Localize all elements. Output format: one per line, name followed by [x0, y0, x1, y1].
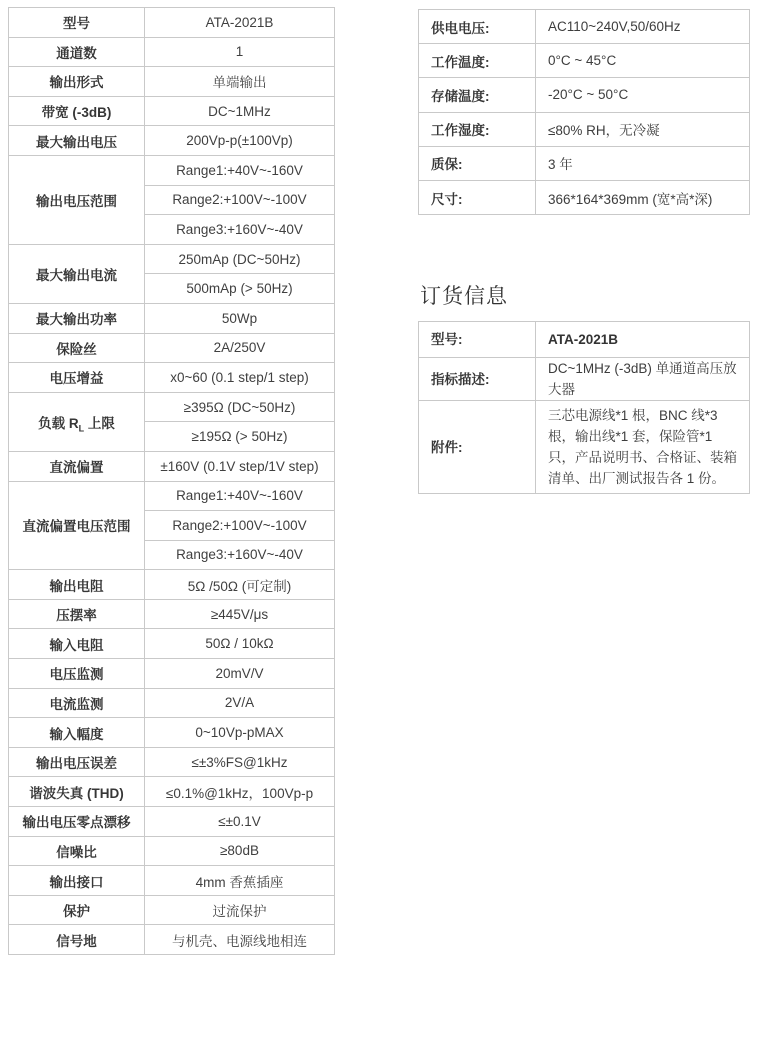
spec-value: 200Vp-p(±100Vp)	[145, 126, 335, 156]
spec-table: 型号 ATA-2021B 通道数 1 输出形式 单端输出 带宽 (-3dB) D…	[8, 7, 335, 955]
spec-label: 输出电压误差	[9, 747, 145, 777]
spec-label: 通道数	[9, 37, 145, 67]
spec-label: 最大输出电流	[9, 244, 145, 303]
table-row: 输出电压范围 Range1:+40V~-160V	[9, 155, 335, 185]
env-label: 存储温度:	[419, 78, 536, 112]
spec-value: Range2:+100V~-100V	[145, 185, 335, 215]
spec-label: 信号地	[9, 925, 145, 955]
spec-label: 最大输出电压	[9, 126, 145, 156]
spec-label: 电压增益	[9, 363, 145, 393]
env-label: 工作湿度:	[419, 112, 536, 146]
table-row: 供电电压: AC110~240V,50/60Hz	[419, 10, 750, 44]
spec-value: ≥395Ω (DC~50Hz)	[145, 392, 335, 422]
env-label: 尺寸:	[419, 180, 536, 214]
table-row: 信号地 与机壳、电源线地相连	[9, 925, 335, 955]
spec-label: 输出电压范围	[9, 155, 145, 244]
spec-value: 2V/A	[145, 688, 335, 718]
table-row: 附件: 三芯电源线*1 根，BNC 线*3 根，输出线*1 套，保险管*1 只，…	[419, 401, 750, 494]
table-row: 保护 过流保护	[9, 895, 335, 925]
spec-value: 2A/250V	[145, 333, 335, 363]
order-info-title: 订货信息	[420, 280, 508, 310]
table-row: 工作湿度: ≤80% RH，无冷凝	[419, 112, 750, 146]
table-row: 最大输出功率 50Wp	[9, 303, 335, 333]
spec-value: Range1:+40V~-160V	[145, 155, 335, 185]
table-row: 型号 ATA-2021B	[9, 8, 335, 38]
table-row: 输入幅度 0~10Vp-pMAX	[9, 718, 335, 748]
table-row: 最大输出电流 250mAp (DC~50Hz)	[9, 244, 335, 274]
order-accessories-value: 三芯电源线*1 根，BNC 线*3 根，输出线*1 套，保险管*1 只，产品说明…	[536, 401, 750, 494]
env-value: 366*164*369mm (宽*高*深)	[536, 180, 750, 214]
spec-label: 保险丝	[9, 333, 145, 363]
spec-value: ≤0.1%@1kHz，100Vp-p	[145, 777, 335, 807]
spec-label: 输出电压零点漂移	[9, 807, 145, 837]
spec-label: 谐波失真 (THD)	[9, 777, 145, 807]
spec-value: ATA-2021B	[145, 8, 335, 38]
spec-label: 输入电阻	[9, 629, 145, 659]
table-row: 输入电阻 50Ω / 10kΩ	[9, 629, 335, 659]
spec-label: 负载 RL 上限	[9, 392, 145, 451]
spec-value: Range3:+160V~-40V	[145, 540, 335, 570]
table-row: 保险丝 2A/250V	[9, 333, 335, 363]
spec-label: 电压监测	[9, 659, 145, 689]
env-label: 工作温度:	[419, 44, 536, 78]
table-row: 信噪比 ≥80dB	[9, 836, 335, 866]
spec-value: ≥80dB	[145, 836, 335, 866]
spec-label: 输出形式	[9, 67, 145, 97]
spec-value: x0~60 (0.1 step/1 step)	[145, 363, 335, 393]
table-row: 直流偏置电压范围 Range1:+40V~-160V	[9, 481, 335, 511]
spec-value: 1	[145, 37, 335, 67]
spec-value: 50Wp	[145, 303, 335, 333]
table-row: 工作温度: 0°C ~ 45°C	[419, 44, 750, 78]
load-label-text-suffix: 上限	[84, 416, 115, 431]
table-row: 输出电阻 5Ω /50Ω (可定制)	[9, 570, 335, 600]
spec-value: 0~10Vp-pMAX	[145, 718, 335, 748]
spec-label: 压摆率	[9, 599, 145, 629]
table-row: 型号: ATA-2021B	[419, 322, 750, 358]
spec-value: ±160V (0.1V step/1V step)	[145, 451, 335, 481]
order-model-value: ATA-2021B	[536, 322, 750, 358]
spec-value: 5Ω /50Ω (可定制)	[145, 570, 335, 600]
env-value: AC110~240V,50/60Hz	[536, 10, 750, 44]
table-row: 电流监测 2V/A	[9, 688, 335, 718]
spec-label: 输出接口	[9, 866, 145, 896]
spec-value: ≥195Ω (> 50Hz)	[145, 422, 335, 452]
spec-value: ≤±3%FS@1kHz	[145, 747, 335, 777]
load-label-text: 负载 R	[38, 416, 79, 431]
env-value: -20°C ~ 50°C	[536, 78, 750, 112]
spec-value: 过流保护	[145, 895, 335, 925]
order-table: 型号: ATA-2021B 指标描述: DC~1MHz (-3dB) 单通道高压…	[418, 321, 750, 494]
env-value: 3 年	[536, 146, 750, 180]
spec-label: 输出电阻	[9, 570, 145, 600]
table-row: 尺寸: 366*164*369mm (宽*高*深)	[419, 180, 750, 214]
table-row: 输出电压零点漂移 ≤±0.1V	[9, 807, 335, 837]
spec-label: 直流偏置	[9, 451, 145, 481]
env-table: 供电电压: AC110~240V,50/60Hz 工作温度: 0°C ~ 45°…	[418, 9, 750, 215]
spec-value: DC~1MHz	[145, 96, 335, 126]
env-value: ≤80% RH，无冷凝	[536, 112, 750, 146]
table-row: 输出接口 4mm 香蕉插座	[9, 866, 335, 896]
spec-value: 20mV/V	[145, 659, 335, 689]
table-row: 电压增益 x0~60 (0.1 step/1 step)	[9, 363, 335, 393]
env-label: 质保:	[419, 146, 536, 180]
table-row: 电压监测 20mV/V	[9, 659, 335, 689]
spec-label: 输入幅度	[9, 718, 145, 748]
spec-label: 型号	[9, 8, 145, 38]
table-row: 直流偏置 ±160V (0.1V step/1V step)	[9, 451, 335, 481]
spec-value: Range2:+100V~-100V	[145, 511, 335, 541]
spec-value: 500mAp (> 50Hz)	[145, 274, 335, 304]
table-row: 输出电压误差 ≤±3%FS@1kHz	[9, 747, 335, 777]
spec-value: 50Ω / 10kΩ	[145, 629, 335, 659]
spec-value: 4mm 香蕉插座	[145, 866, 335, 896]
spec-label: 直流偏置电压范围	[9, 481, 145, 570]
table-row: 压摆率 ≥445V/μs	[9, 599, 335, 629]
spec-value: ≤±0.1V	[145, 807, 335, 837]
table-row: 质保: 3 年	[419, 146, 750, 180]
spec-label: 保护	[9, 895, 145, 925]
table-row: 负载 RL 上限 ≥395Ω (DC~50Hz)	[9, 392, 335, 422]
env-value: 0°C ~ 45°C	[536, 44, 750, 78]
spec-label: 最大输出功率	[9, 303, 145, 333]
order-description-value: DC~1MHz (-3dB) 单通道高压放大器	[536, 358, 750, 401]
spec-label: 信噪比	[9, 836, 145, 866]
table-row: 通道数 1	[9, 37, 335, 67]
spec-value: Range1:+40V~-160V	[145, 481, 335, 511]
table-row: 输出形式 单端输出	[9, 67, 335, 97]
table-row: 谐波失真 (THD) ≤0.1%@1kHz，100Vp-p	[9, 777, 335, 807]
table-row: 存储温度: -20°C ~ 50°C	[419, 78, 750, 112]
env-label: 供电电压:	[419, 10, 536, 44]
datasheet-page: 型号 ATA-2021B 通道数 1 输出形式 单端输出 带宽 (-3dB) D…	[0, 0, 760, 1046]
spec-value: 与机壳、电源线地相连	[145, 925, 335, 955]
table-row: 指标描述: DC~1MHz (-3dB) 单通道高压放大器	[419, 358, 750, 401]
spec-value: 单端输出	[145, 67, 335, 97]
spec-label: 电流监测	[9, 688, 145, 718]
spec-value: Range3:+160V~-40V	[145, 215, 335, 245]
order-label: 附件:	[419, 401, 536, 494]
order-label: 指标描述:	[419, 358, 536, 401]
order-label: 型号:	[419, 322, 536, 358]
spec-value: ≥445V/μs	[145, 599, 335, 629]
table-row: 最大输出电压 200Vp-p(±100Vp)	[9, 126, 335, 156]
table-row: 带宽 (-3dB) DC~1MHz	[9, 96, 335, 126]
spec-value: 250mAp (DC~50Hz)	[145, 244, 335, 274]
spec-label: 带宽 (-3dB)	[9, 96, 145, 126]
